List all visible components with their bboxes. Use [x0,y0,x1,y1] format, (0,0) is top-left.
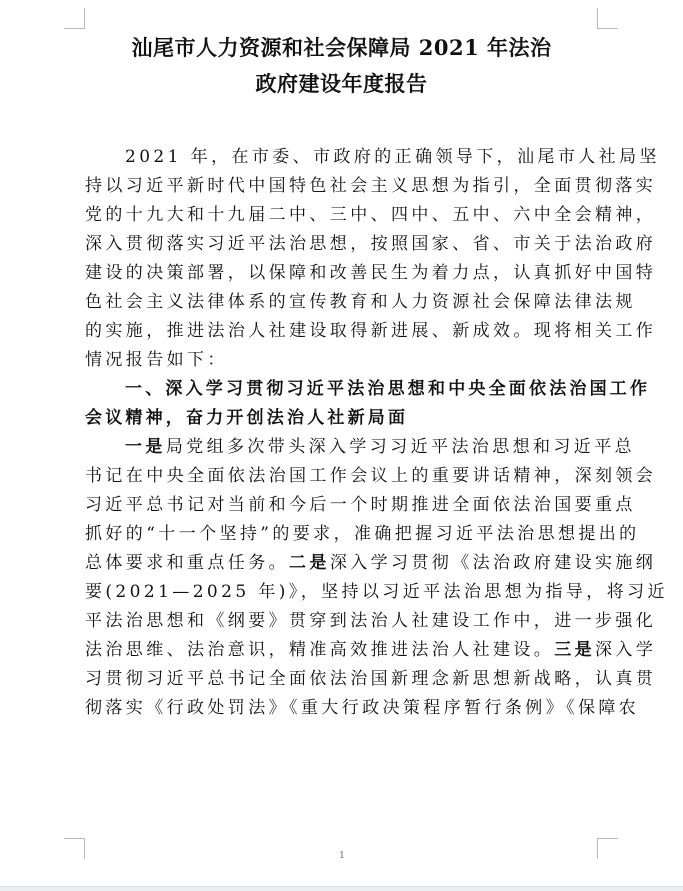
paragraph-line: 习近平总书记对当前和今后一个时期推进全面依法治国要重点 [85,491,599,520]
document-title-line-2: 政府建设年度报告 [85,66,598,102]
margin-corner-mark-bottom-right [597,838,618,859]
paragraph-line: 要(2021—2025 年)》，坚持以习近平法治思想为指导，将习近 [85,578,599,607]
paragraph-text: 深入学习贯彻《法治政府建设实施纲 [330,553,656,573]
intro-line: 的实施，推进法治人社建设取得新进展、新成效。现将相关工作 [85,317,599,346]
document-page: 汕尾市人力资源和社会保障局 2021 年法治 政府建设年度报告 2021 年，在… [0,0,683,886]
intro-line: 情况报告如下： [85,346,599,375]
margin-corner-mark-top-left [64,8,85,29]
margin-corner-mark-bottom-left [64,838,85,859]
margin-corner-mark-top-right [597,8,618,29]
paragraph-text: 法治思维、法治意识，精准高效推进法治人社建设。 [85,640,554,660]
page-number: 1 [336,851,348,861]
intro-line: 持以习近平新时代中国特色社会主义思想为指引，全面贯彻落实 [85,172,599,201]
paragraph-line: 彻落实《行政处罚法》《重大行政决策程序暂行条例》《保障农 [85,694,599,723]
page-gap-separator [0,886,683,891]
paragraph-line: 书记在中央全面依法治国工作会议上的重要讲话精神，深刻领会 [85,462,599,491]
section-heading-line-2: 会议精神，奋力开创法治人社新局面 [85,404,599,433]
paragraph-line: 法治思维、法治意识，精准高效推进法治人社建设。三是深入学 [85,636,599,665]
paragraph-line: 一是局党组多次带头深入学习习近平法治思想和习近平总 [85,433,599,462]
point-marker-one: 一是 [125,437,166,457]
paragraph-line: 习贯彻习近平总书记全面依法治国新理念新思想新战略，认真贯 [85,665,599,694]
paragraph-line: 抓好的“十一个坚持”的要求，准确把握习近平法治思想提出的 [85,520,599,549]
paragraph-line: 平法治思想和《纲要》贯穿到法治人社建设工作中，进一步强化 [85,607,599,636]
intro-line: 党的十九大和十九届二中、三中、四中、五中、六中全会精神， [85,201,599,230]
section-heading-line-1: 一、深入学习贯彻习近平法治思想和中央全面依法治国工作 [85,375,599,404]
intro-line: 色社会主义法律体系的宣传教育和人力资源社会保障法律法规 [85,288,599,317]
paragraph-text: 局党组多次带头深入学习习近平法治思想和习近平总 [166,437,635,457]
document-body: 2021 年，在市委、市政府的正确领导下，汕尾市人社局坚 持以习近平新时代中国特… [85,143,599,723]
intro-line: 深入贯彻落实习近平法治思想，按照国家、省、市关于法治政府 [85,230,599,259]
intro-line: 建设的决策部署，以保障和改善民生为着力点，认真抓好中国特 [85,259,599,288]
document-title-line-1: 汕尾市人力资源和社会保障局 2021 年法治 [85,30,598,66]
paragraph-line: 总体要求和重点任务。二是深入学习贯彻《法治政府建设实施纲 [85,549,599,578]
point-marker-two: 二是 [289,553,330,573]
point-marker-three: 三是 [554,640,595,660]
paragraph-text: 总体要求和重点任务。 [85,553,289,573]
intro-line: 2021 年，在市委、市政府的正确领导下，汕尾市人社局坚 [85,143,599,172]
paragraph-text: 深入学 [595,640,656,660]
